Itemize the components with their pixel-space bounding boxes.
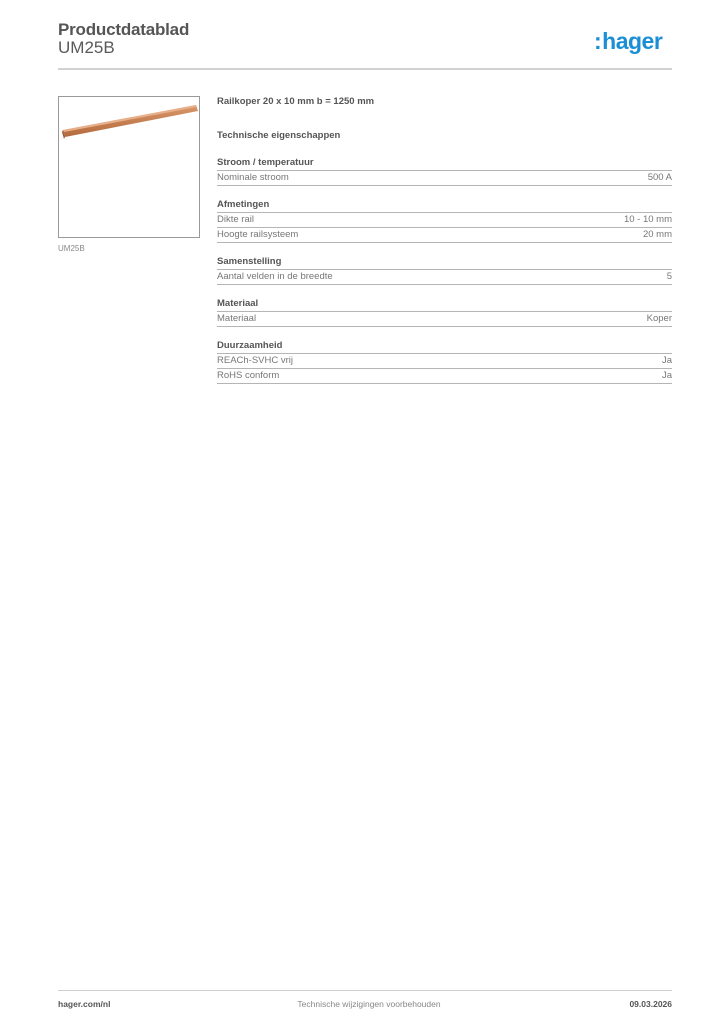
section-title: Stroom / temperatuur [217,157,672,171]
copper-bar-icon [59,97,199,237]
footer-divider [58,990,672,991]
section-title: Samenstelling [217,256,672,270]
spec-value: 500 A [648,171,672,185]
spec-value: Koper [647,312,672,326]
section-title: Afmetingen [217,199,672,213]
spec-row: Nominale stroom500 A [217,171,672,186]
technical-properties-heading: Technische eigenschappen [217,130,672,142]
spec-label: RoHS conform [217,369,279,383]
spec-row: REACh-SVHC vrijJa [217,354,672,369]
product-image [58,96,200,238]
product-code: UM25B [58,38,115,58]
spec-label: Hoogte railsysteem [217,228,298,242]
spec-value: 10 - 10 mm [624,213,672,227]
spec-section: DuurzaamheidREACh-SVHC vrijJaRoHS confor… [217,340,672,384]
spec-row: Dikte rail10 - 10 mm [217,213,672,228]
spec-row: MateriaalKoper [217,312,672,327]
spec-section: MateriaalMateriaalKoper [217,298,672,327]
spec-section: Stroom / temperatuurNominale stroom500 A [217,157,672,186]
spec-row: RoHS conformJa [217,369,672,384]
spec-section: SamenstellingAantal velden in de breedte… [217,256,672,285]
image-caption: UM25B [58,244,85,253]
hager-logo: :hager [594,28,662,55]
logo-colon: : [594,28,601,55]
spec-row: Aantal velden in de breedte5 [217,270,672,285]
spec-value: 5 [667,270,672,284]
logo-text: hager [602,28,662,54]
spec-label: Aantal velden in de breedte [217,270,333,284]
spec-label: Materiaal [217,312,256,326]
spec-value: 20 mm [643,228,672,242]
spec-label: Dikte rail [217,213,254,227]
spec-sections: Stroom / temperatuurNominale stroom500 A… [217,157,672,384]
product-name: Railkoper 20 x 10 mm b = 1250 mm [217,96,672,108]
spec-value: Ja [662,369,672,383]
spec-content: Railkoper 20 x 10 mm b = 1250 mm Technis… [217,96,672,384]
section-title: Duurzaamheid [217,340,672,354]
spec-value: Ja [662,354,672,368]
spec-label: Nominale stroom [217,171,289,185]
spec-label: REACh-SVHC vrij [217,354,293,368]
header-divider [58,68,672,70]
page-title: Productdatablad [58,20,189,40]
spec-section: AfmetingenDikte rail10 - 10 mmHoogte rai… [217,199,672,243]
footer-date: 09.03.2026 [629,999,672,1009]
section-title: Materiaal [217,298,672,312]
footer-notice: Technische wijzigingen voorbehouden [0,999,724,1009]
spec-row: Hoogte railsysteem20 mm [217,228,672,243]
